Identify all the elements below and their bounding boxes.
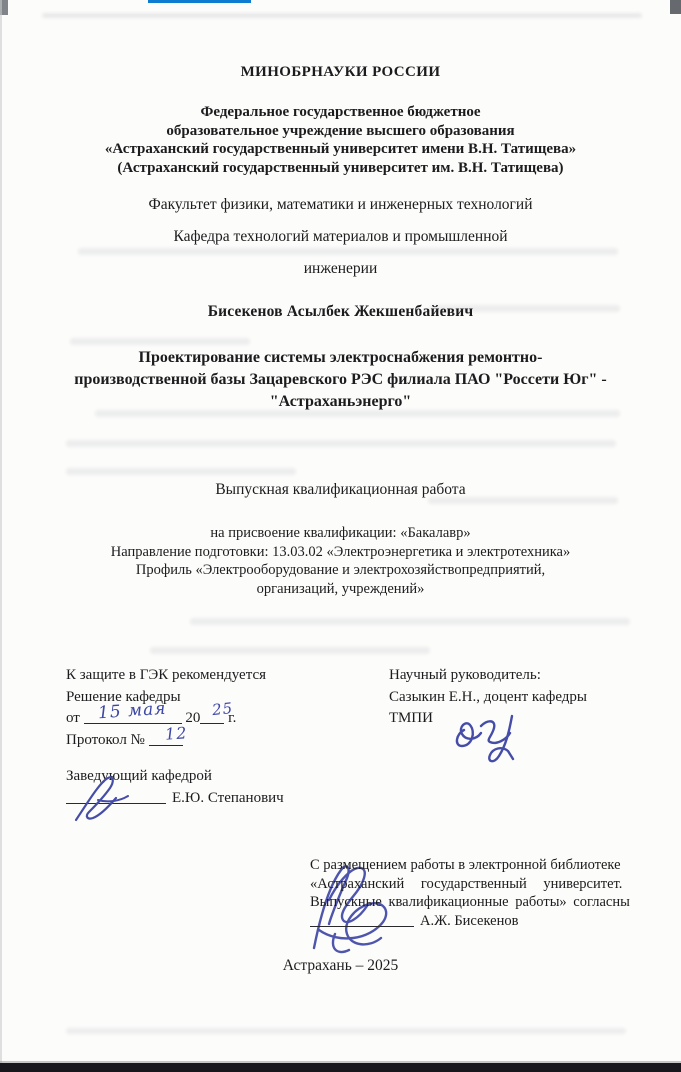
bleedthrough-line [66, 440, 616, 447]
institution-block: Федеральное государственное бюджетное об… [0, 103, 681, 177]
bleedthrough-line [42, 13, 642, 18]
department-head-sign-line: Е.Ю. Степанович [66, 788, 371, 810]
consent-block: С размещением работы в электронной библи… [310, 856, 668, 930]
supervisor-block: Научный руководитель: Сазыкин Е.Н., доце… [389, 665, 669, 730]
faculty-line: Факультет физики, математики и инженерны… [0, 196, 681, 214]
thesis-title-line: "Астраханьэнерго" [0, 391, 681, 413]
department-head-name: Е.Ю. Степанович [172, 790, 284, 806]
date-blank [84, 709, 182, 724]
scan-artifact-blue-strip [148, 0, 251, 3]
year-blank [200, 709, 224, 724]
scan-artifact-bottom-bar [0, 1063, 681, 1072]
institution-line: образовательное учреждение высшего образ… [0, 122, 681, 141]
department-line-1: Кафедра технологий материалов и промышле… [0, 228, 681, 246]
student-name: А.Ж. Бисекенов [420, 913, 518, 929]
supervisor-name: Сазыкин Е.Н., доцент кафедры [389, 687, 669, 709]
qualification-line: на присвоение квалификации: «Бакалавр» [0, 524, 681, 543]
head-signature-blank [66, 789, 166, 804]
work-type-line: Выпускная квалификационная работа [0, 481, 681, 499]
protocol-line: Протокол № [66, 730, 371, 752]
scan-artifact-top-right [670, 0, 681, 14]
institution-line: «Астраханский государственный университе… [0, 140, 681, 159]
bleedthrough-line [190, 618, 630, 625]
consent-line: Выпускные квалификационные работы» согла… [310, 893, 668, 912]
thesis-title-page: МИНОБРНАУКИ РОССИИ Федеральное государст… [0, 0, 681, 1072]
department-head-label: Заведующий кафедрой [66, 766, 371, 788]
consent-line: С размещением работы в электронной библи… [310, 856, 668, 875]
approval-block: К защите в ГЭК рекомендуется Решение каф… [66, 665, 371, 809]
year-printed: 20 [185, 710, 200, 726]
qualification-block: на присвоение квалификации: «Бакалавр» Н… [0, 524, 681, 598]
supervisor-label: Научный руководитель: [389, 665, 669, 687]
institution-line: (Астраханский государственный университе… [0, 159, 681, 178]
bleedthrough-line [150, 647, 430, 654]
consent-sign-line: А.Ж. Бисекенов [310, 912, 668, 931]
bleedthrough-line [66, 1028, 626, 1034]
author-name: Бисекенов Асылбек Жекшенбайевич [0, 303, 681, 321]
consent-line: «Астраханский государственный университе… [310, 875, 668, 894]
department-line-2: инженерии [0, 260, 681, 278]
approval-recommendation: К защите в ГЭК рекомендуется [66, 665, 371, 687]
bleedthrough-line [66, 468, 296, 475]
approval-decision: Решение кафедры [66, 687, 371, 709]
protocol-blank [149, 731, 183, 746]
student-signature-blank [310, 912, 414, 927]
bleedthrough-line [78, 248, 618, 255]
protocol-label: Протокол № [66, 732, 145, 748]
thesis-title-line: Проектирование системы электроснабжения … [0, 347, 681, 369]
qualification-line: организаций, учреждений» [0, 580, 681, 599]
institution-line: Федеральное государственное бюджетное [0, 103, 681, 122]
thesis-title: Проектирование системы электроснабжения … [0, 347, 681, 413]
ministry-heading: МИНОБРНАУКИ РОССИИ [0, 64, 681, 81]
supervisor-department: ТМПИ [389, 708, 669, 730]
approval-date-line: от 20 г. [66, 708, 371, 730]
bleedthrough-line [70, 338, 250, 345]
date-prefix: от [66, 710, 80, 726]
qualification-line: Профиль «Электрооборудование и электрохо… [0, 561, 681, 580]
city-year: Астрахань – 2025 [0, 957, 681, 975]
thesis-title-line: производственной базы Зацаревского РЭС ф… [0, 369, 681, 391]
qualification-line: Направление подготовки: 13.03.02 «Электр… [0, 543, 681, 562]
year-suffix: г. [228, 710, 236, 726]
